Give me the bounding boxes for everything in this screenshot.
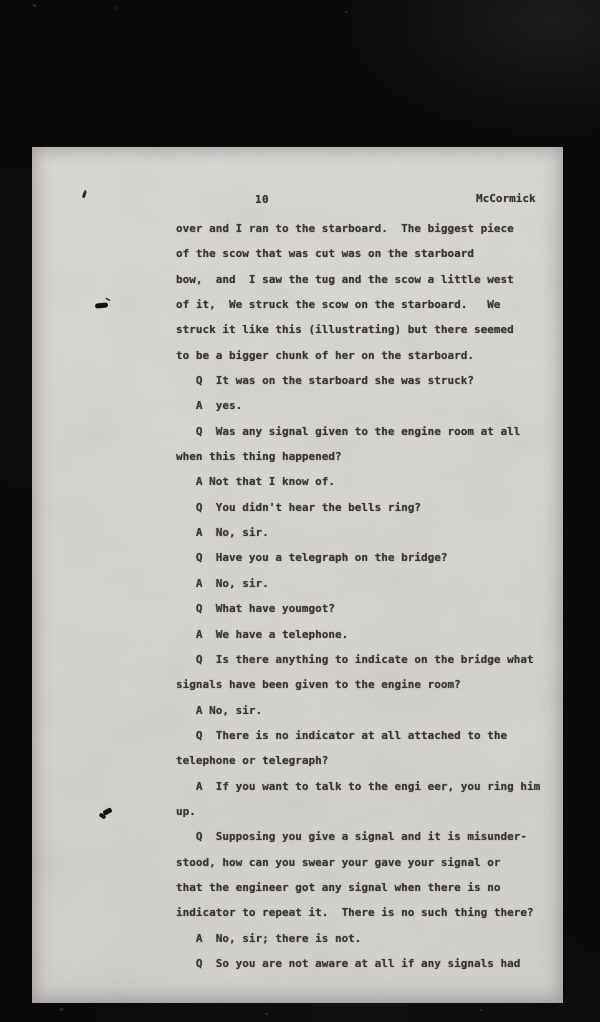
transcript-line: Q Supposing you give a signal and it is … xyxy=(176,824,561,849)
transcript-line: Q Was any signal given to the engine roo… xyxy=(176,419,561,444)
dust-speck xyxy=(60,1008,63,1011)
transcript-line: signals have been given to the engine ro… xyxy=(176,672,561,697)
transcript-line: of the scow that was cut was on the star… xyxy=(176,241,561,266)
transcript-line: telephone or telegraph? xyxy=(176,748,561,773)
ink-tick-mark xyxy=(82,190,87,199)
transcript-line: Q Have you a telegraph on the bridge? xyxy=(176,545,561,570)
transcript-line: up. xyxy=(176,799,561,824)
dust-speck xyxy=(265,1013,268,1015)
transcript-line: A No, sir. xyxy=(176,698,561,723)
witness-name: McCormick xyxy=(476,192,536,206)
dust-speck xyxy=(480,1009,482,1011)
transcript-line: Q There is no indicator at all attached … xyxy=(176,723,561,748)
transcript-line: that the engineer got any signal when th… xyxy=(176,875,561,900)
transcript-line: A No, sir. xyxy=(176,571,561,596)
transcript-line: indicator to repeat it. There is no such… xyxy=(176,900,561,925)
dust-speck xyxy=(345,11,347,13)
transcript-line: Q You didn't hear the bells ring? xyxy=(176,495,561,520)
transcript-line: over and I ran to the starboard. The big… xyxy=(176,216,561,241)
transcript-line: bow, and I saw the tug and the scow a li… xyxy=(176,267,561,292)
transcript-line: A No, sir; there is not. xyxy=(176,926,561,951)
transcript-line: struck it like this (illustrating) but t… xyxy=(176,317,561,342)
transcript-line: A yes. xyxy=(176,393,561,418)
transcript-line: Q So you are not aware at all if any sig… xyxy=(176,951,561,976)
transcript-line: Q It was on the starboard she was struck… xyxy=(176,368,561,393)
pen-dash-mark xyxy=(95,302,108,308)
pen-check-mark xyxy=(98,806,112,822)
transcript-line: stood, how can you swear your gave your … xyxy=(176,850,561,875)
transcript-line: to be a bigger chunk of her on the starb… xyxy=(176,343,561,368)
transcript-line: Q Is there anything to indicate on the b… xyxy=(176,647,561,672)
dust-speck xyxy=(33,4,36,7)
transcript-line: of it, We struck the scow on the starboa… xyxy=(176,292,561,317)
page-number: 10 xyxy=(255,193,269,207)
transcript-line: A If you want to talk to the engi eer, y… xyxy=(176,774,561,799)
dust-speck xyxy=(116,7,118,9)
transcript-line: A No, sir. xyxy=(176,520,561,545)
transcript-line: A We have a telephone. xyxy=(176,622,561,647)
transcript-line: when this thing happened? xyxy=(176,444,561,469)
document-page: 10 McCormick over and I ran to the starb… xyxy=(32,147,563,1003)
transcript-line: A Not that I know of. xyxy=(176,469,561,494)
scanned-transcript-page: { "document": { "page_number": "10", "wi… xyxy=(0,0,600,1022)
transcript-text: over and I ran to the starboard. The big… xyxy=(176,216,561,976)
transcript-line: Q What have youmgot? xyxy=(176,596,561,621)
